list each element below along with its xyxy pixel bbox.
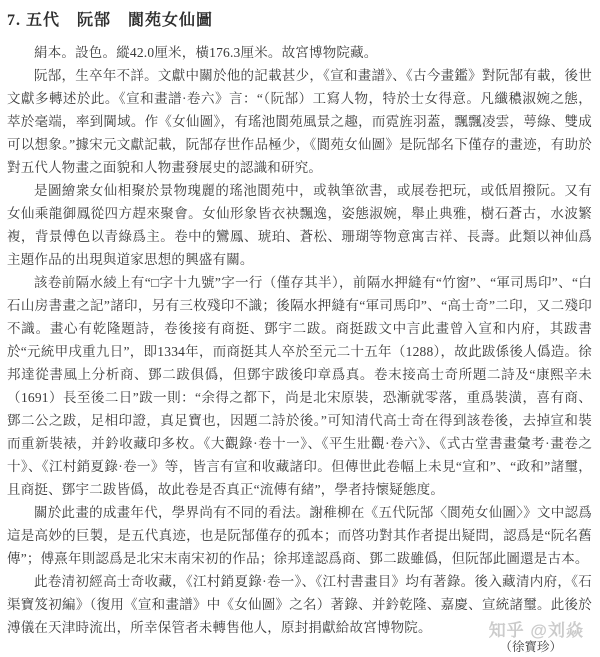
paragraph-3: 該卷前隔水綾上有“□字十九號”字一行（僅存其半），前隔水押縫有“竹窗”、“軍司馬… <box>7 271 592 501</box>
paragraph-4: 關於此畫的成畫年代，學界尚有不同的看法。謝稚柳在《五代阮郜〈閬苑女仙圖〉》文中認… <box>7 501 592 570</box>
paragraph-2: 是圖繪衆女仙相聚於景物瑰麗的瑤池閬苑中，或執筆欲書，或展卷把玩，或低眉撥阮。又有… <box>7 179 592 271</box>
paragraph-1: 阮郜，生卒年不詳。文獻中關於他的記載甚少，《宣和畫譜》、《古今畫鑑》對阮郜有載，… <box>7 64 592 179</box>
page-title: 7. 五代 阮郜 閬苑女仙圖 <box>7 7 592 30</box>
document-page: 7. 五代 阮郜 閬苑女仙圖 絹本。設色。縱42.0厘米，橫176.3厘米。故宮… <box>0 0 600 657</box>
attribution-name: （徐寳珍） <box>499 637 562 655</box>
colophon-line: 絹本。設色。縱42.0厘米，橫176.3厘米。故宮博物院藏。 <box>7 41 592 64</box>
